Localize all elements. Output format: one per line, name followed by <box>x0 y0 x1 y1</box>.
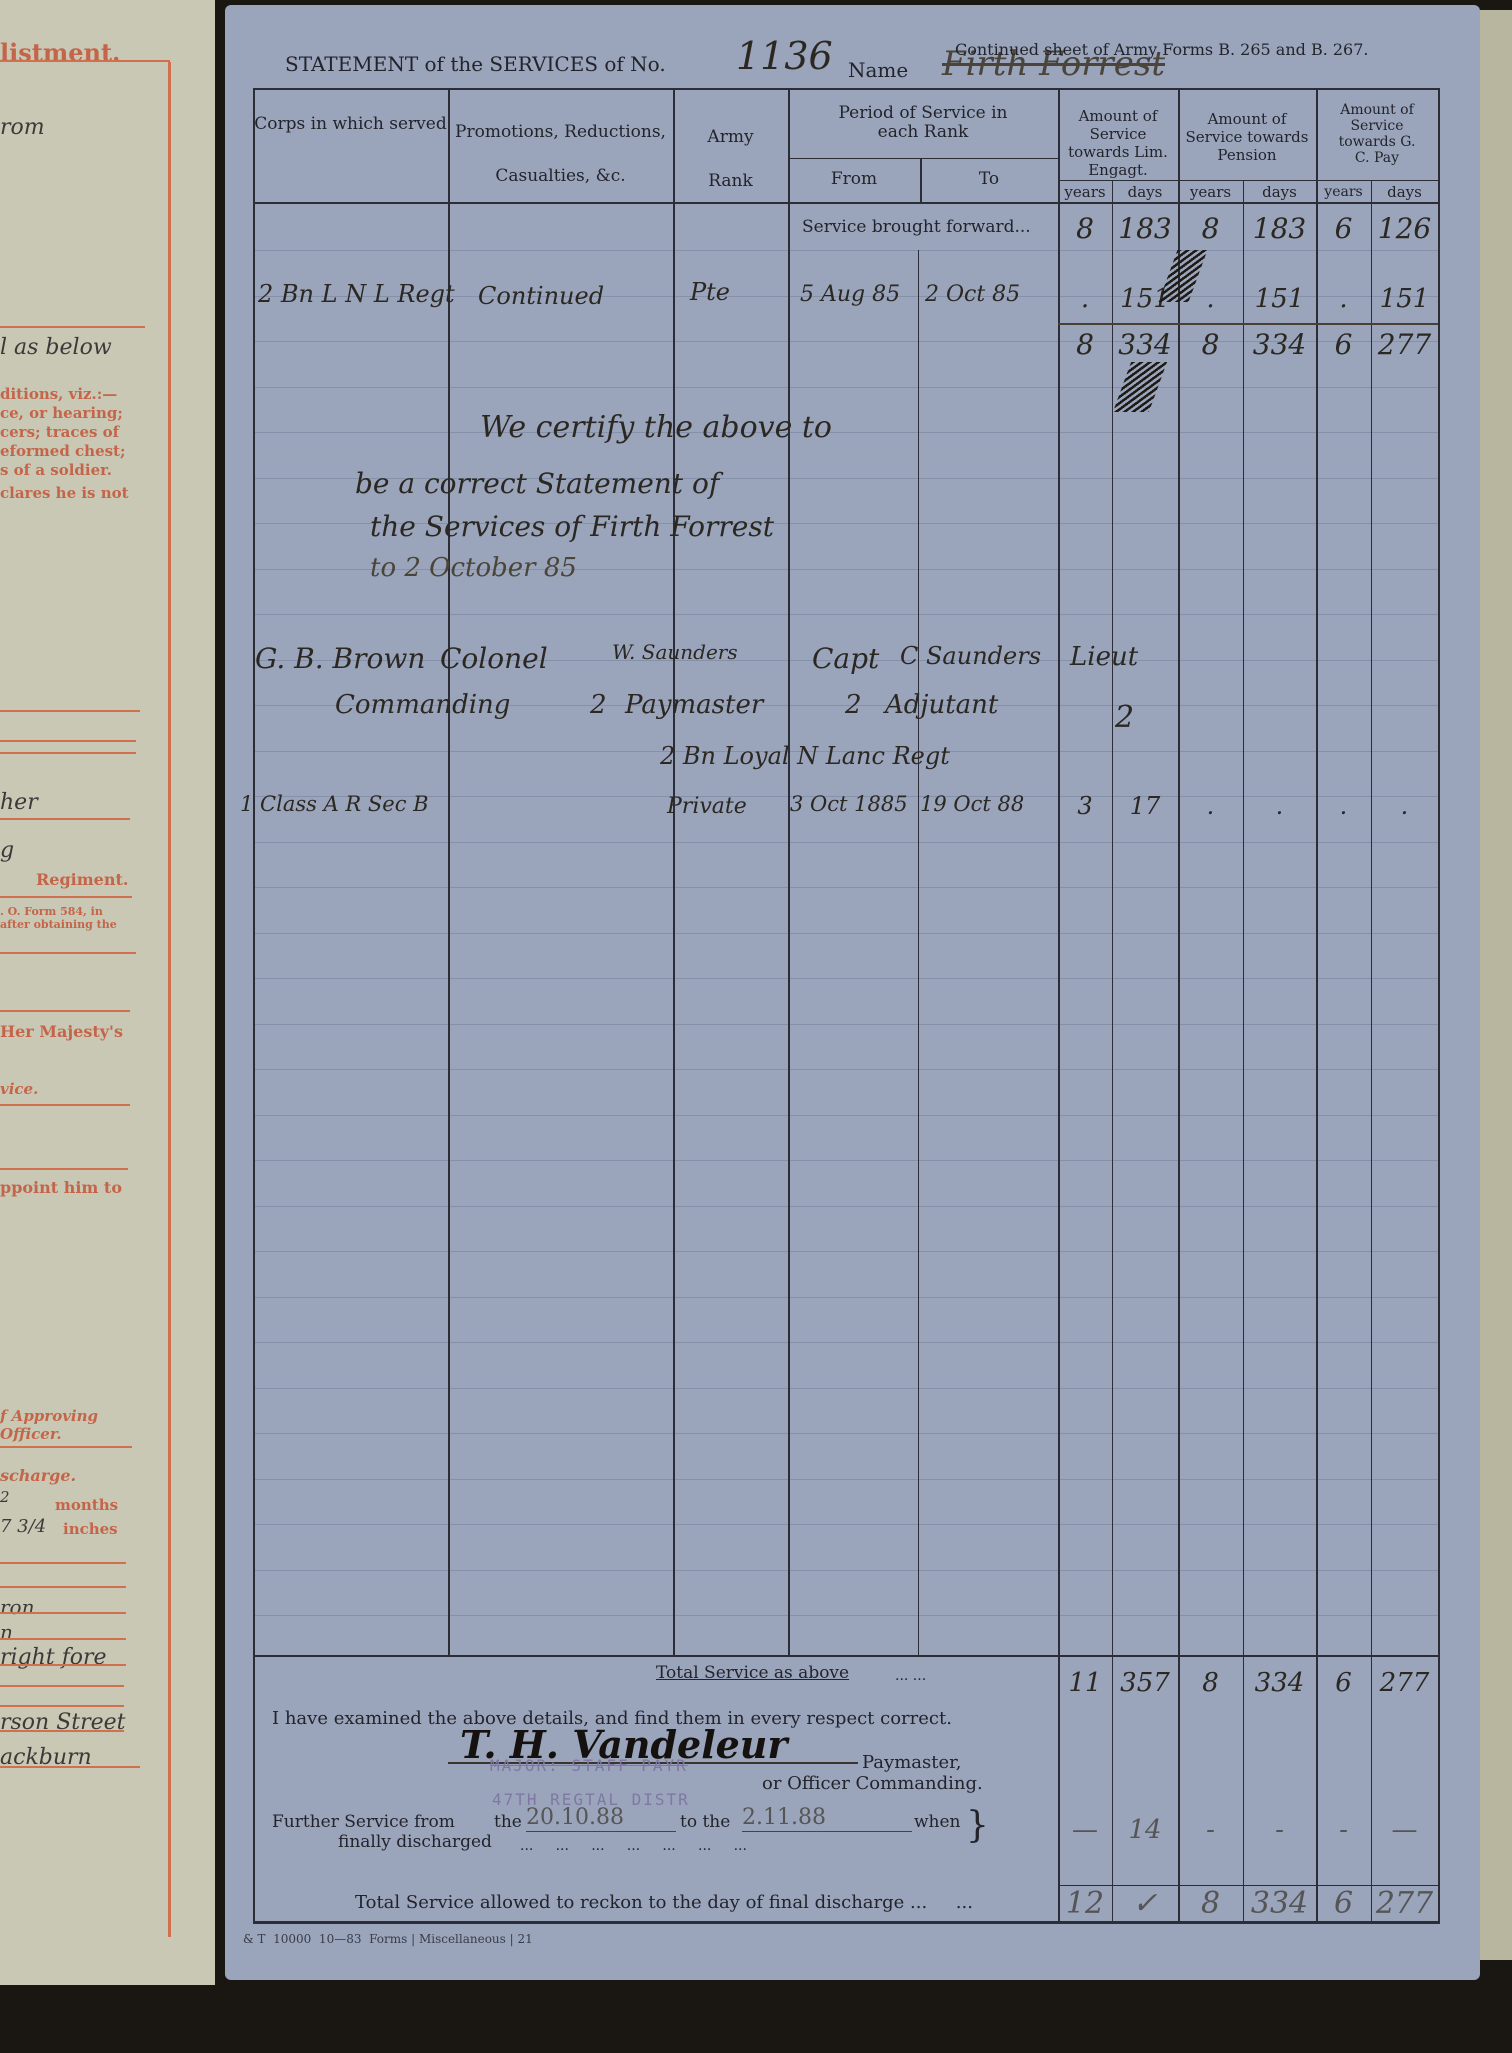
row2-to: 19 Oct 88 <box>920 792 1024 816</box>
months-label: months <box>55 1496 118 1514</box>
col-divider <box>1243 180 1244 1923</box>
col-header-period: Period of Service in each Rank <box>788 104 1058 142</box>
left-handwriting: ron <box>0 1595 34 1619</box>
signature-title: Capt <box>812 642 879 675</box>
left-handwriting: n <box>0 1620 13 1644</box>
left-red-text: ce, or hearing; <box>0 404 123 422</box>
further-value-5: — <box>1371 1815 1438 1845</box>
finally-discharged-label: finally discharged <box>338 1832 492 1852</box>
ruled-line <box>253 614 1440 615</box>
signature-adjutant: C Saunders <box>900 642 1041 670</box>
red-rule <box>0 1612 126 1614</box>
further-value-0: — <box>1058 1815 1112 1845</box>
left-red-text: vice. <box>0 1080 38 1098</box>
inches-label: inches <box>63 1520 118 1538</box>
col-header-to: To <box>920 170 1058 189</box>
red-rule <box>0 326 145 328</box>
total-value-0: 11 <box>1058 1668 1112 1698</box>
allowed-value-1: ✓ <box>1112 1886 1178 1921</box>
ruled-line <box>253 1251 1440 1252</box>
ruled-line <box>253 933 1440 934</box>
left-red-text: after obtaining the <box>0 918 117 931</box>
ruled-line <box>253 1206 1440 1207</box>
further-value-1: 14 <box>1112 1815 1178 1845</box>
red-rule <box>0 1446 132 1448</box>
col-header-days: days <box>1371 183 1438 202</box>
left-red-text: s of a soldier. <box>0 461 112 479</box>
service-number: 1136 <box>736 34 833 78</box>
left-red-text: cers; traces of <box>0 423 119 441</box>
period-subheader-line <box>788 158 1058 159</box>
allowed-value-5: 277 <box>1371 1886 1438 1921</box>
ruled-line <box>253 1524 1440 1525</box>
row2-value-3: . <box>1243 792 1316 820</box>
signature-role-sep: 2 <box>1115 700 1134 735</box>
col-divider <box>1058 88 1060 1923</box>
col-header-years: years <box>1178 183 1243 202</box>
row2-from: 3 Oct 1885 <box>790 792 908 816</box>
col-divider <box>1112 180 1113 1923</box>
table-right-border <box>1438 88 1440 1923</box>
ruled-line <box>253 1297 1440 1298</box>
ruled-line <box>253 432 1440 433</box>
left-red-text: ppoint him to <box>0 1178 122 1197</box>
printer-imprint: & T 10000 10—83 Forms | Miscellaneous | … <box>243 1932 533 1946</box>
ruled-line <box>253 1115 1440 1116</box>
row1-value-5: 151 <box>1371 284 1438 314</box>
red-rule <box>0 740 136 742</box>
col-header-promotions: Promotions, Reductions, Casualties, &c. <box>448 110 673 198</box>
signature-title: Lieut <box>1070 642 1138 672</box>
left-handwriting: l as below <box>0 335 112 360</box>
subtotal-value-2: 8 <box>1178 328 1243 361</box>
signature-role: Paymaster <box>625 690 763 720</box>
page-edge-stack <box>1478 10 1512 1960</box>
to-the-label: to the <box>680 1812 730 1832</box>
left-red-text: ditions, viz.:— <box>0 385 117 404</box>
col-header-days: days <box>1243 183 1316 202</box>
row1-value-0: . <box>1058 284 1112 314</box>
subtotal-rule <box>1058 323 1438 325</box>
red-rule <box>0 1562 126 1564</box>
row2-value-5: . <box>1371 792 1438 820</box>
col-divider <box>788 88 790 1655</box>
left-red-text: Regiment. <box>36 870 128 889</box>
col-header-lim-engagt: Amount of Service towards Lim. Engagt. <box>1058 107 1178 179</box>
col-divider <box>448 88 450 1655</box>
brace: } <box>966 1808 989 1844</box>
ruled-line <box>253 978 1440 979</box>
ruled-line <box>253 842 1440 843</box>
left-page-fragment: listment. rom l as below ditions, viz.:—… <box>0 0 215 1985</box>
inches-value: 7 3/4 <box>0 1516 46 1537</box>
table-bottom-border <box>253 1921 1440 1924</box>
total-allowed-label: Total Service allowed to reckon to the d… <box>355 1892 973 1913</box>
col-header-years: years <box>1316 183 1371 202</box>
left-page-red-border <box>168 62 171 1937</box>
col-header-from: From <box>788 170 920 189</box>
ruled-line <box>253 1433 1440 1434</box>
col-divider <box>1316 88 1318 1923</box>
col-divider-from-to <box>918 250 919 1655</box>
ruled-line <box>253 387 1440 388</box>
row1-corps: 2 Bn L N L Regt <box>258 280 455 308</box>
finally-discharged-dots: ... ... ... ... ... ... ... <box>520 1838 747 1854</box>
red-rule <box>0 752 136 754</box>
left-red-text: scharge. <box>0 1466 76 1485</box>
left-red-text: Her Majesty's <box>0 1022 123 1041</box>
row1-from: 5 Aug 85 <box>800 282 900 307</box>
ruled-line <box>253 1069 1440 1070</box>
name-label: Name <box>848 58 908 82</box>
col-divider <box>1178 88 1180 1923</box>
continued-sheet-note: Continued sheet of Army Forms B. 265 and… <box>955 40 1369 59</box>
further-service-label: Further Service from <box>272 1812 455 1832</box>
ruled-line <box>253 887 1440 888</box>
further-value-4: - <box>1316 1815 1371 1845</box>
table-left-border <box>253 88 255 1923</box>
red-rule <box>0 1586 126 1588</box>
certification-line-4: to 2 October 85 <box>370 553 577 583</box>
signature-role-sep: 2 <box>590 690 607 720</box>
left-handwriting: her <box>0 790 38 815</box>
ruled-line <box>253 1024 1440 1025</box>
row2-value-0: 3 <box>1058 792 1112 820</box>
red-rule <box>0 710 140 712</box>
red-rule <box>0 1766 140 1768</box>
red-rule <box>0 1104 130 1106</box>
stamp-major-staff-payr: MAJOR: STAFF PAYR <box>490 1756 688 1775</box>
left-handwriting: right fore <box>0 1645 107 1670</box>
ruled-line <box>253 1388 1440 1389</box>
signature-commanding: G. B. Brown <box>255 642 425 675</box>
further-service-to: 2.11.88 <box>742 1805 826 1830</box>
total-value-5: 277 <box>1371 1668 1438 1698</box>
signature-role: Adjutant <box>885 690 998 720</box>
statement-title: STATEMENT of the SERVICES of No. <box>285 52 666 76</box>
brought-forward-value-0: 8 <box>1058 212 1112 245</box>
total-service-label: Total Service as above <box>656 1663 849 1683</box>
row1-value-3: 151 <box>1243 284 1316 314</box>
subtotal-value-3: 334 <box>1243 328 1316 361</box>
signature-title: Colonel <box>440 642 548 675</box>
row2-value-1: 17 <box>1112 792 1178 820</box>
total-service-dots: ... ... <box>895 1668 926 1684</box>
left-handwriting: g <box>0 838 14 863</box>
subtotal-value-0: 8 <box>1058 328 1112 361</box>
ruled-line <box>253 1342 1440 1343</box>
red-rule <box>0 60 170 62</box>
row1-value-4: . <box>1316 284 1371 314</box>
brought-forward-value-4: 6 <box>1316 212 1371 245</box>
left-red-text: clares he is not <box>0 484 129 502</box>
total-value-4: 6 <box>1316 1668 1371 1698</box>
signature-role-sep: 2 <box>845 690 862 720</box>
total-value-2: 8 <box>1178 1668 1243 1698</box>
left-red-text: Officer. <box>0 1425 62 1443</box>
header-bottom-border <box>253 202 1440 204</box>
ruled-line <box>253 1479 1440 1480</box>
red-rule <box>0 1730 124 1732</box>
ruled-line <box>253 1160 1440 1161</box>
left-red-text: . O. Form 584, in <box>0 905 103 918</box>
red-rule <box>0 818 130 820</box>
brought-forward-value-1: 183 <box>1112 212 1178 245</box>
allowed-value-0: 12 <box>1058 1886 1112 1921</box>
subtotal-value-5: 277 <box>1371 328 1438 361</box>
red-rule <box>0 1638 126 1640</box>
certification-line-2: be a correct Statement of <box>355 467 719 500</box>
paymaster-label: Paymaster, <box>862 1752 961 1773</box>
red-rule <box>0 1010 130 1012</box>
years-days-subheader-line <box>1058 180 1438 181</box>
unit-designation: 2 Bn Loyal N Lanc Regt <box>660 742 950 770</box>
col-header-rank: Army Rank <box>673 115 788 203</box>
row2-corps: 1 Class A R Sec B <box>240 792 429 816</box>
col-header-days: days <box>1112 183 1178 202</box>
red-rule <box>0 1685 124 1687</box>
col-divider <box>673 88 675 1655</box>
certification-line-3: the Services of Firth Forrest <box>370 510 774 543</box>
underline <box>742 1831 912 1832</box>
brought-forward-value-2: 8 <box>1178 212 1243 245</box>
totals-section-top-border <box>253 1655 1440 1657</box>
allowed-value-3: 334 <box>1243 1886 1316 1921</box>
row2-rank: Private <box>667 794 747 819</box>
col-header-gc-pay: Amount of Service towards G. C. Pay <box>1316 102 1438 166</box>
subtotal-value-1: 334 <box>1112 328 1178 361</box>
brought-forward-value-3: 183 <box>1243 212 1316 245</box>
months-value: 2 <box>0 1488 10 1506</box>
ruled-line <box>253 250 1440 251</box>
signature-paymaster: W. Saunders <box>612 640 738 664</box>
row2-value-2: . <box>1178 792 1243 820</box>
the-label: the <box>494 1812 522 1832</box>
further-value-3: - <box>1243 1815 1316 1845</box>
red-rule <box>0 896 132 898</box>
allowed-value-2: 8 <box>1178 1886 1243 1921</box>
when-label: when <box>914 1812 961 1832</box>
total-value-3: 334 <box>1243 1668 1316 1698</box>
row2-value-4: . <box>1316 792 1371 820</box>
left-handwriting: rom <box>0 115 45 140</box>
allowed-value-4: 6 <box>1316 1886 1371 1921</box>
col-header-years: years <box>1058 183 1112 202</box>
row1-to: 2 Oct 85 <box>925 282 1020 307</box>
signature-role: Commanding <box>335 690 510 720</box>
red-rule <box>0 1664 126 1666</box>
subtotal-value-4: 6 <box>1316 328 1371 361</box>
certification-line-1: We certify the above to <box>480 410 832 445</box>
col-header-corps: Corps in which served <box>253 115 448 134</box>
col-divider <box>1371 180 1372 1923</box>
left-red-text: f Approving <box>0 1407 98 1425</box>
underline <box>526 1831 676 1832</box>
red-rule <box>0 1168 128 1170</box>
red-rule <box>0 1705 124 1707</box>
table-top-border <box>253 88 1440 90</box>
further-service-from: 20.10.88 <box>526 1805 624 1830</box>
total-value-1: 357 <box>1112 1668 1178 1698</box>
row1-rank: Pte <box>690 278 730 306</box>
left-heading: listment. <box>0 38 120 67</box>
ruled-line <box>253 1570 1440 1571</box>
brought-forward-value-5: 126 <box>1371 212 1438 245</box>
further-value-2: - <box>1178 1815 1243 1845</box>
left-red-text: eformed chest; <box>0 442 126 460</box>
ruled-line <box>253 1615 1440 1616</box>
col-header-pension: Amount of Service towards Pension <box>1178 110 1316 164</box>
red-rule <box>0 952 136 954</box>
row1-promotions: Continued <box>478 282 604 310</box>
service-brought-forward-label: Service brought forward... <box>802 217 1031 237</box>
officer-commanding-label: or Officer Commanding. <box>762 1773 983 1794</box>
